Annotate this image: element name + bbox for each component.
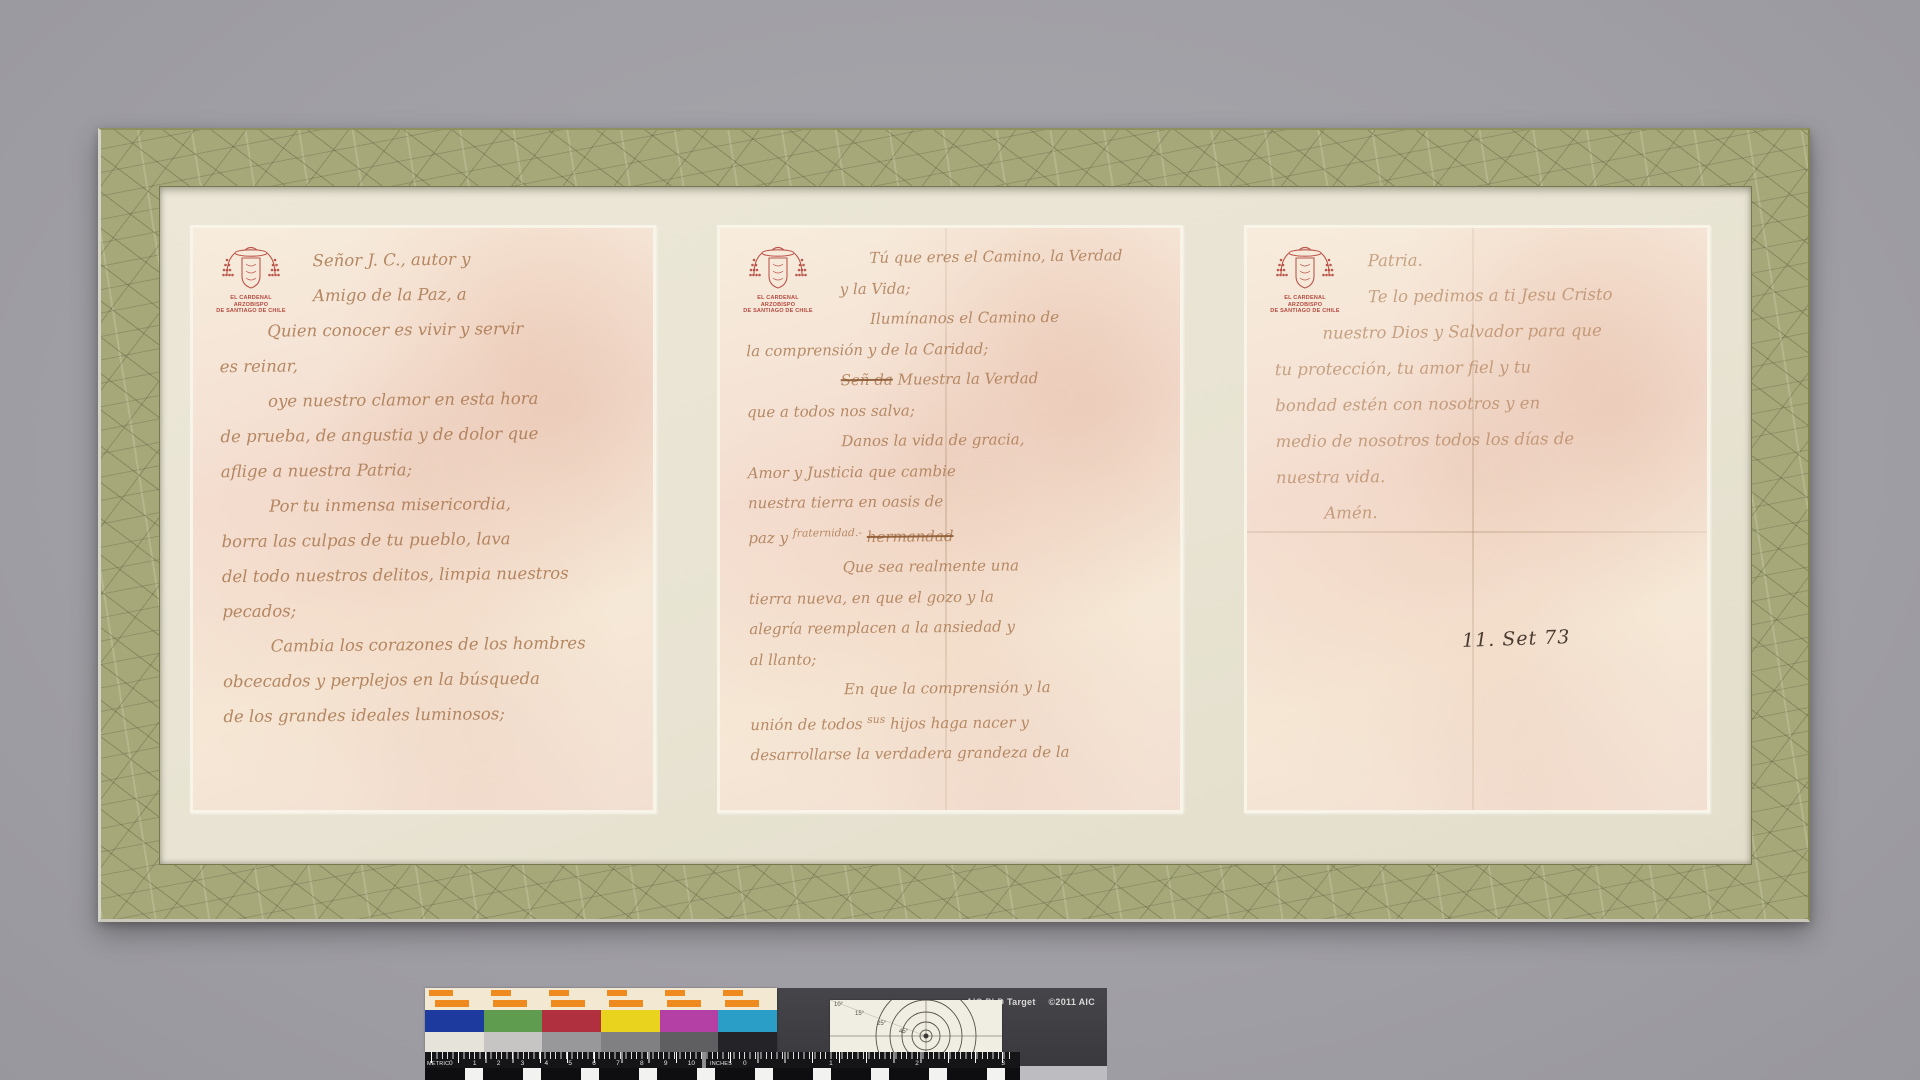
handwritten-line: aflige a nuestra Patria; [221,450,641,489]
handwritten-line: Tú que eres el Camino, la Verdad [869,240,1165,274]
color-patch [484,1032,543,1052]
handwritten-line: Patria. [1367,240,1693,279]
handwritten-line: tu protección, tu amor fiel y tu [1275,348,1695,388]
handwritten-line: de prueba, de angustia y de dolor que [220,415,640,454]
tick-label: 7 [616,1060,620,1067]
tick-label: 15° [855,1011,864,1017]
tick-label: 10° [834,1002,843,1008]
inches-label: INCHES [710,1061,732,1067]
handwritten-line: y la Vida; [840,270,1166,304]
handwritten-line: Amor y Justicia que cambie [747,453,1167,488]
cardinal-coat-of-arms-icon [1276,244,1334,292]
handwritten-line: oye nuestro clamor en esta hora [268,380,640,419]
gray-patch-row [425,1032,777,1052]
letter-page-3: EL CARDENAL ARZOBISPO DE SANTIAGO DE CHI… [1247,228,1707,810]
tick-label: 4 [545,1060,549,1067]
handwritten-line: Ilumínanos el Camino de [870,301,1166,335]
color-patch [542,1010,601,1032]
handwritten-line: Que sea realmente una [842,549,1168,583]
handwritten-line: nuestro Dios y Salvador para que [1322,312,1694,352]
cardinal-coat-of-arms-icon [749,244,807,292]
tick-label: 5 [568,1060,572,1067]
letterhead: EL CARDENAL ARZOBISPO DE SANTIAGO DE CHI… [213,244,289,315]
handwritten-line: Danos la vida de gracia, [841,423,1167,457]
handwriting-block-page-2: Tú que eres el Camino, la Verdady la Vid… [743,240,1170,771]
mat-board: EL CARDENAL ARZOBISPO DE SANTIAGO DE CHI… [159,186,1752,865]
tick-label: 1 [829,1060,833,1067]
handwritten-line: Cambia los corazones de los hombres [270,625,642,664]
crest-caption-line1: EL CARDENAL ARZOBISPO [1267,295,1343,308]
color-patch [660,1032,719,1052]
handwritten-line: del todo nuestros delitos, limpia nuestr… [222,555,642,594]
handwritten-line: Señ da Muestra la Verdad [841,362,1167,396]
color-patch [542,1032,601,1052]
crest-caption-line1: EL CARDENAL ARZOBISPO [213,295,289,308]
handwritten-line: nuestra vida. [1276,456,1696,496]
handwritten-line: la comprensión y de la Caridad; [746,331,1166,366]
orange-dash-row [425,990,777,996]
tick-label: 2 [915,1060,919,1067]
orange-dash-row [425,1000,777,1007]
handwritten-line: Señor J. C., autor y [312,240,638,278]
target-copyright: ©2011 AIC [1048,997,1095,1007]
metric-label: METRIC [427,1061,449,1067]
date-annotation: 11. Set 73 [1462,626,1571,652]
color-patch [601,1032,660,1052]
ruler: METRIC 012345678910 INCHES 0123 [425,1052,1020,1068]
tick-label: 6 [592,1060,596,1067]
handwritten-line: pecados; [222,590,642,629]
handwritten-line: obcecados y perplejos en la búsqueda [223,660,643,699]
crest-caption-line2: DE SANTIAGO DE CHILE [213,308,289,315]
tick-label: 3 [1001,1060,1005,1067]
letter-page-2: EL CARDENAL ARZOBISPO DE SANTIAGO DE CHI… [720,228,1180,810]
handwritten-line: Amigo de la Paz, a [313,275,639,313]
tick-label: 25° [877,1021,886,1027]
handwritten-line: En que la comprensión y la [844,671,1170,705]
handwritten-line: unión de todos sus hijos haga nacer y [750,701,1170,740]
crest-caption-line2: DE SANTIAGO DE CHILE [740,308,816,315]
color-patch [425,1032,484,1052]
mat-window-1: EL CARDENAL ARZOBISPO DE SANTIAGO DE CHI… [190,225,656,813]
letterhead: EL CARDENAL ARZOBISPO DE SANTIAGO DE CHI… [740,244,816,315]
color-patch [425,1010,484,1032]
handwritten-line: bondad estén con nosotros y en [1275,384,1695,424]
photograph-background: EL CARDENAL ARZOBISPO DE SANTIAGO DE CHI… [0,0,1920,1080]
color-patch [484,1010,543,1032]
inch-scale: 0123 [743,1060,1005,1067]
handwritten-line: es reinar, [220,345,640,384]
metric-scale: 012345678910 [449,1060,695,1067]
handwritten-line: Amén. [1324,492,1696,532]
crest-caption-line1: EL CARDENAL ARZOBISPO [740,295,816,308]
handwritten-line: nuestra tierra en oasis de [748,484,1168,519]
calibration-target: AIC PhD Target ©2011 AIC 10°15°25°45° [425,988,1107,1080]
letter-page-1: EL CARDENAL ARZOBISPO DE SANTIAGO DE CHI… [193,228,653,810]
mat-window-2: EL CARDENAL ARZOBISPO DE SANTIAGO DE CHI… [717,225,1183,813]
tick-label: 1 [473,1060,477,1067]
picture-frame: EL CARDENAL ARZOBISPO DE SANTIAGO DE CHI… [98,128,1810,922]
cardinal-coat-of-arms-icon [222,244,280,292]
handwritten-line: al llanto; [749,640,1169,675]
color-patch [718,1010,777,1032]
tick-label: 0 [449,1060,453,1067]
handwritten-line: Por tu inmensa misericordia, [269,485,641,524]
mat-window-3: EL CARDENAL ARZOBISPO DE SANTIAGO DE CHI… [1244,225,1710,813]
tick-label: 2 [497,1060,501,1067]
handwritten-line: alegría reemplacen a la ansiedad y [749,610,1169,645]
handwritten-line: Te lo pedimos a ti Jesu Cristo [1368,276,1694,315]
handwritten-line: borra las culpas de tu pueblo, lava [221,520,641,559]
color-calibration-card [425,988,777,1052]
tick-label: 8 [640,1060,644,1067]
letterhead: EL CARDENAL ARZOBISPO DE SANTIAGO DE CHI… [1267,244,1343,315]
tick-label: 0 [743,1060,747,1067]
color-patch-row [425,1010,777,1032]
handwritten-line: de los grandes ideales luminosos; [223,695,643,734]
handwritten-line: medio de nosotros todos los días de [1275,420,1695,460]
crest-caption-line2: DE SANTIAGO DE CHILE [1267,308,1343,315]
checker-bar [425,1068,1020,1080]
color-patch [718,1032,777,1052]
handwritten-line: tierra nueva, en que el gozo y la [749,579,1169,614]
handwritten-line: Quien conocer es vivir y servir [267,310,639,349]
handwritten-line: desarrollarse la verdadera grandeza de l… [750,736,1170,771]
color-patch [601,1010,660,1032]
color-patch [660,1010,719,1032]
tick-label: 45° [899,1029,908,1035]
handwritten-line: que a todos nos salva; [747,392,1167,427]
ruler-divider [702,1052,706,1068]
tick-label: 9 [664,1060,668,1067]
handwritten-line: paz y fraternidad.- hermandad [748,514,1168,553]
tick-label: 3 [521,1060,525,1067]
tick-label: 10 [688,1060,695,1067]
